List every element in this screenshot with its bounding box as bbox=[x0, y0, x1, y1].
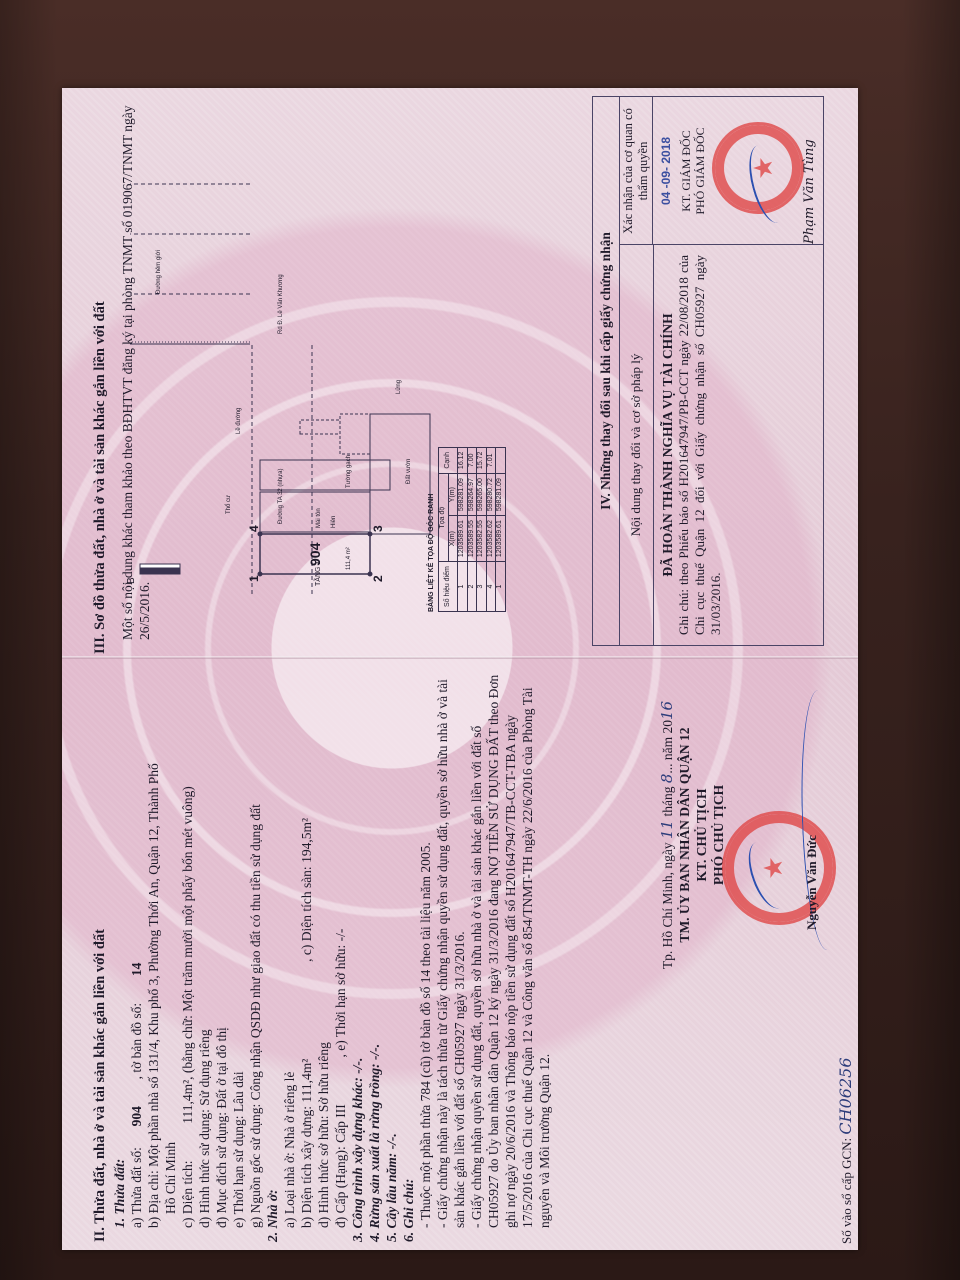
left-page: II. Thửa đất, nhà ở và tài sản khác gắn … bbox=[62, 670, 858, 1250]
vertex-1: 1 bbox=[247, 575, 261, 582]
area-label: c) Diện tích: bbox=[180, 1161, 195, 1228]
month-label: tháng bbox=[660, 787, 675, 817]
map-sheet-label: , tờ bản đồ số: bbox=[129, 1003, 144, 1080]
changes-title: IV. Những thay đổi sau khi cấp giấy chứn… bbox=[593, 97, 620, 645]
north-label: B bbox=[126, 577, 137, 584]
change-entry: ĐÃ HOÀN THÀNH NGHĨA VỤ TÀI CHÍNH Ghi chú… bbox=[654, 245, 730, 645]
year-label: năm 20 bbox=[660, 720, 675, 760]
diagram-label: Mái tôn bbox=[316, 508, 322, 528]
coord-cell-point: 1 bbox=[458, 562, 468, 612]
gcn-register: Số vào sổ cấp GCN: CH06256 bbox=[836, 1057, 855, 1244]
area-value: 111,4m², (bằng chữ: Một trăm mười một ph… bbox=[180, 786, 195, 1124]
usage-purpose-line: đ) Mục đích sử dụng: Đất ở tại đô thị bbox=[213, 672, 230, 1242]
changes-content-col: Nội dung thay đổi và cơ sở pháp lý ĐÃ HO… bbox=[619, 244, 823, 645]
issue-day: 11 bbox=[658, 820, 676, 839]
vertex-4: 4 bbox=[247, 525, 261, 532]
coord-row: 41203582.62598280.727.01 bbox=[486, 447, 496, 611]
construction-area-line: b) Diện tích xây dựng: 111,4m² , c) Diện… bbox=[298, 672, 315, 1242]
col-coord: Tọa độ bbox=[439, 474, 449, 562]
address-line-cont: Hồ Chí Minh bbox=[162, 672, 179, 1242]
address-line: b) Địa chỉ: Một phần nhà số 131/4, Khu p… bbox=[145, 672, 162, 1242]
coord-row: 11203589.61598281.0916.12 bbox=[458, 447, 468, 611]
diagram-label: Tường gạch bbox=[346, 455, 352, 488]
coord-row: 31203582.55598265.0015.72 bbox=[477, 447, 487, 611]
coord-cell-edge: 16.12 bbox=[458, 447, 468, 474]
land-heading: 1. Thửa đất: bbox=[111, 672, 128, 1242]
usage-form-line: d) Hình thức sử dụng: Sử dụng riêng bbox=[196, 672, 213, 1242]
coord-cell-point: 1 bbox=[496, 562, 506, 612]
right-page: III. Sơ đồ thửa đất, nhà ở và tài sản kh… bbox=[62, 88, 858, 654]
coord-table-title: BẢNG LIỆT KÊ TỌA ĐỘ GÓC RANH bbox=[428, 494, 435, 612]
forest-line: 4. Rừng sản xuất là rừng trồng: -/-. bbox=[366, 672, 383, 1242]
issue-year: 16 bbox=[658, 701, 676, 720]
changes-col1-header: Nội dung thay đổi và cơ sở pháp lý bbox=[619, 245, 654, 645]
ownership-form-line: d) Hình thức sở hữu: Sở hữu riêng bbox=[315, 672, 332, 1242]
house-heading: 2. Nhà ở: bbox=[264, 672, 281, 1242]
diagram-label: Hiên bbox=[331, 516, 337, 528]
coord-cell-x: 1203589.61 bbox=[496, 516, 506, 562]
vertex-2: 2 bbox=[371, 575, 385, 582]
changes-col2-header: Xác nhận của cơ quan có thẩm quyền bbox=[619, 97, 653, 245]
col-y: Y(m) bbox=[448, 474, 458, 516]
coord-cell-point: 4 bbox=[486, 562, 496, 612]
coord-cell-point: 2 bbox=[467, 562, 477, 612]
signature-block: Tp. Hồ Chí Minh, ngày 11 tháng 8... năm … bbox=[658, 670, 727, 1000]
coord-cell-y: 598281.09 bbox=[496, 474, 506, 516]
house-grade: đ) Cấp (Hạng): Cấp III bbox=[333, 1104, 348, 1228]
floor-area: , c) Diện tích sàn: 194,5m² bbox=[299, 818, 314, 962]
confirmation-date: 04 -09- 2018 bbox=[659, 97, 673, 245]
coord-row: 11203589.61598281.09 bbox=[496, 447, 506, 611]
coord-cell-y: 598265.00 bbox=[477, 474, 487, 516]
note-item: - Thuộc một phần thửa 784 (cũ) tờ bản đồ… bbox=[417, 673, 434, 1228]
perennial-line: 5. Cây lâu năm: -/-. bbox=[383, 672, 400, 1242]
gcn-number: CH06256 bbox=[836, 1057, 855, 1134]
change-entry-text: Ghi chú: theo Phiếu báo số H201647947/PB… bbox=[676, 255, 724, 635]
col-edge: Cạnh bbox=[439, 447, 458, 474]
road-label: Đường hẻm giới bbox=[156, 250, 162, 294]
grade-line: đ) Cấp (Hạng): Cấp III , e) Thời hạn sở … bbox=[332, 672, 349, 1242]
parcel-number-line: a) Thửa đất số: 904 , tờ bản đồ số: 14 bbox=[128, 672, 145, 1242]
ownership-term: , e) Thời hạn sở hữu: -/- bbox=[333, 929, 348, 1058]
diagram-label: Lửng bbox=[395, 380, 402, 394]
section-iii-title: III. Sơ đồ thửa đất, nhà ở và tài sản kh… bbox=[92, 94, 109, 654]
coord-cell-point: 3 bbox=[477, 562, 487, 612]
area-line: c) Diện tích: 111,4m², (bằng chữ: Một tr… bbox=[179, 672, 196, 1242]
gcn-label: Số vào sổ cấp GCN: bbox=[839, 1138, 854, 1244]
note-item: - Giấy chứng nhận quyền sử dụng đất, quy… bbox=[468, 673, 553, 1228]
coord-cell-edge: 15.72 bbox=[477, 447, 487, 474]
usage-origin-line: g) Nguồn gốc sử dụng: Công nhận QSDĐ như… bbox=[247, 672, 264, 1242]
coord-cell-x: 1203582.55 bbox=[477, 516, 487, 562]
map-sheet-number: 14 bbox=[129, 963, 144, 977]
area-label-diagram: 111,4 m² bbox=[346, 547, 352, 570]
coord-cell-y: 598264.97 bbox=[467, 474, 477, 516]
certificate-paper: II. Thửa đất, nhà ở và tài sản khác gắn … bbox=[62, 88, 858, 1250]
road-label: Lề đường bbox=[236, 408, 242, 434]
coord-row: 21203589.55598264.977.00 bbox=[467, 447, 477, 611]
issue-month: 8 bbox=[658, 774, 676, 784]
change-entry-title: ĐÃ HOÀN THÀNH NGHĨA VỤ TÀI CHÍNH bbox=[660, 255, 676, 635]
notes-list: - Thuộc một phần thửa 784 (cũ) tờ bản đồ… bbox=[417, 673, 553, 1242]
col-point: Số hiệu điểm bbox=[439, 562, 458, 612]
usage-term-line: e) Thời hạn sử dụng: Lâu dài bbox=[230, 672, 247, 1242]
other-works: 3. Công trình xây dựng khác: -/-. bbox=[349, 672, 366, 1242]
issue-date: Tp. Hồ Chí Minh, ngày 11 tháng 8... năm … bbox=[658, 670, 676, 1000]
diagram-label: Đất vườn bbox=[406, 459, 412, 484]
coord-table-body: 11203589.61598281.0916.1221203589.555982… bbox=[458, 447, 506, 611]
coord-cell-y: 598280.72 bbox=[486, 474, 496, 516]
signer-kt: KT. CHỦ TỊCH bbox=[693, 670, 710, 1000]
date-prefix: Tp. Hồ Chí Minh, ngày bbox=[660, 842, 675, 969]
notes-heading: 6. Ghi chú: bbox=[400, 672, 417, 1242]
road-label: Rd Đ. Lê Văn Khương bbox=[278, 274, 284, 334]
rotated-content: II. Thửa đất, nhà ở và tài sản khác gắn … bbox=[62, 88, 858, 1250]
house-type-line: a) Loại nhà ở: Nhà ở riêng lẻ bbox=[281, 672, 298, 1242]
confirmation-kt: KT. GIÁM ĐỐC bbox=[679, 97, 693, 245]
parcel-number: 904 bbox=[129, 1106, 144, 1126]
parcel-sketch: B 904 TẦNG 1 111,4 m² 1 2 3 4 Đường TA 3… bbox=[120, 124, 440, 594]
parcel-label: a) Thửa đất số: bbox=[129, 1147, 144, 1228]
coord-cell-edge: 7.00 bbox=[467, 447, 477, 474]
coordinate-table: Số hiệu điểm Tọa độ Cạnh X(m) Y(m) 11203… bbox=[438, 447, 506, 612]
parcel-diagram: B 904 TẦNG 1 111,4 m² 1 2 3 4 Đường TA 3… bbox=[120, 124, 440, 594]
construction-area: b) Diện tích xây dựng: 111,4m² bbox=[299, 1059, 314, 1228]
coord-cell-x: 1203589.55 bbox=[467, 516, 477, 562]
diagram-label: Thổ cư bbox=[225, 495, 232, 514]
note-item: - Giấy chứng nhận này là tách thửa từ Gi… bbox=[434, 673, 468, 1228]
road-label: Đường TA 32 (nhựa) bbox=[278, 469, 284, 524]
section-ii-title: II. Thửa đất, nhà ở và tài sản khác gắn … bbox=[92, 672, 109, 1242]
signer-name: Nguyễn Văn Đức bbox=[804, 835, 820, 930]
coord-cell-y: 598281.09 bbox=[458, 474, 468, 516]
confirmation-signer: Phạm Văn Tùng bbox=[802, 139, 817, 244]
coord-cell-x: 1203589.61 bbox=[458, 516, 468, 562]
coord-cell-edge: 7.01 bbox=[486, 447, 496, 474]
issuing-org: TM. ỦY BAN NHÂN DÂN QUẬN 12 bbox=[676, 670, 693, 1000]
signer-role: PHÓ CHỦ TỊCH bbox=[710, 670, 727, 1000]
coord-cell-x: 1203582.62 bbox=[486, 516, 496, 562]
coord-cell-edge bbox=[496, 447, 506, 474]
col-x: X(m) bbox=[448, 516, 458, 562]
confirmation-role: PHÓ GIÁM ĐỐC bbox=[693, 97, 707, 245]
vertex-3: 3 bbox=[371, 525, 385, 532]
